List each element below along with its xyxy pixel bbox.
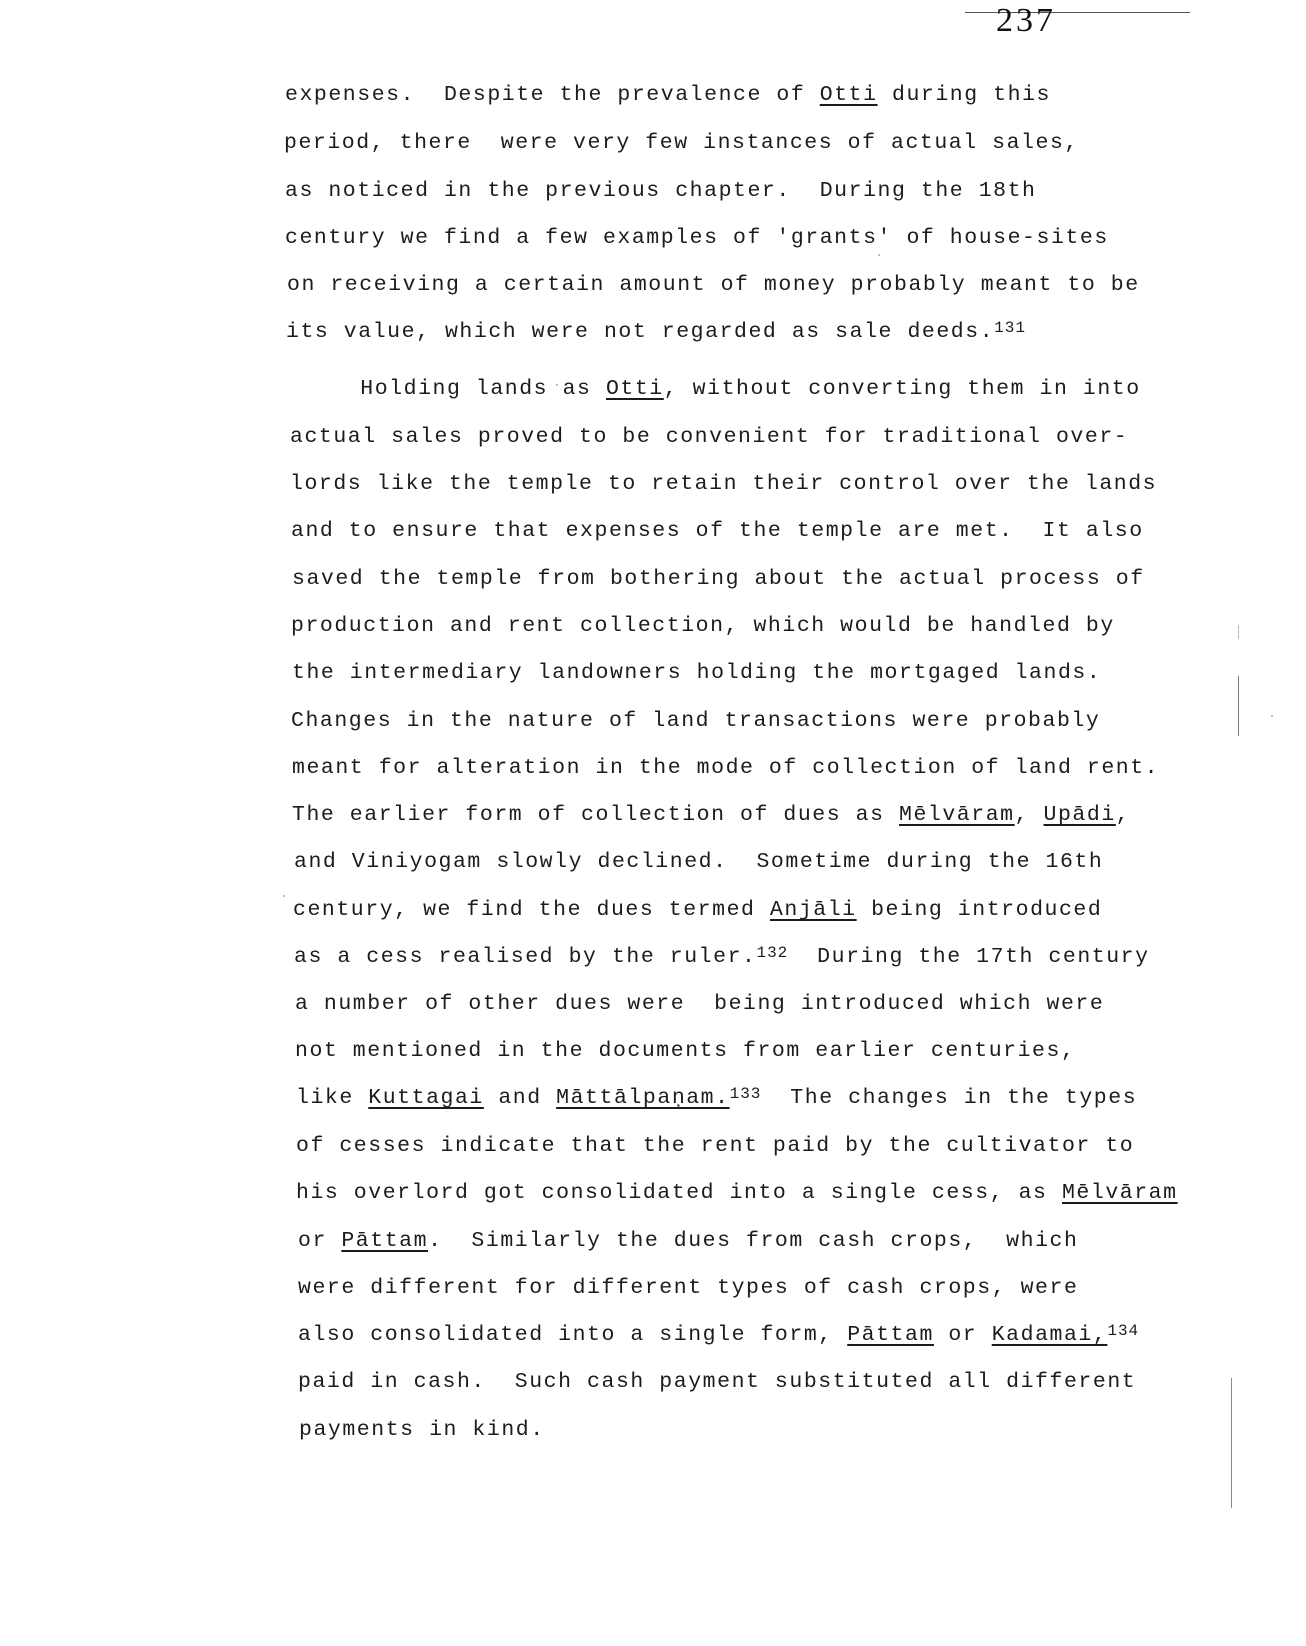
text-run: and to ensure that expenses of the templ… (291, 519, 1144, 543)
margin-scan-mark (1238, 625, 1239, 639)
underlined-term: Upādi (1044, 803, 1116, 827)
text-run: of cesses indicate that the rent paid by… (296, 1134, 1134, 1158)
underlined-term: Otti (606, 377, 664, 401)
text-line: of cesses indicate that the rent paid by… (296, 1133, 1134, 1159)
text-run: his overlord got consolidated into a sin… (296, 1181, 1062, 1205)
text-run: , (1116, 803, 1130, 827)
underlined-term: Māttālpaṇam. (556, 1086, 729, 1110)
text-run: payments in kind. (299, 1418, 545, 1442)
underlined-term: Mēlvāram (1062, 1181, 1178, 1205)
text-run: expenses. Despite the prevalence of (285, 83, 820, 107)
text-line: also consolidated into a single form, Pā… (298, 1322, 1139, 1348)
text-run: actual sales proved to be convenient for… (290, 425, 1128, 449)
underlined-term: Anjāli (770, 898, 857, 922)
text-run: were different for different types of ca… (298, 1276, 1078, 1300)
text-run: and Viniyogam slowly declined. Sometime … (294, 850, 1103, 874)
text-line: expenses. Despite the prevalence of Otti… (285, 82, 1051, 108)
text-run: like (296, 1086, 368, 1110)
text-run: being introduced (857, 898, 1103, 922)
text-line: were different for different types of ca… (298, 1275, 1078, 1301)
text-line: meant for alteration in the mode of coll… (292, 755, 1159, 781)
text-run: The earlier form of collection of dues a… (292, 803, 899, 827)
text-line: or Pāttam. Similarly the dues from cash … (298, 1228, 1078, 1254)
text-run: on receiving a certain amount of money p… (287, 273, 1140, 297)
text-run: or (298, 1229, 341, 1253)
text-line: on receiving a certain amount of money p… (287, 272, 1140, 298)
text-run: paid in cash. Such cash payment substitu… (298, 1370, 1136, 1394)
underlined-term: Kadamai, (992, 1323, 1108, 1347)
scan-speck (1271, 715, 1273, 717)
text-run: as noticed in the previous chapter. Duri… (285, 179, 1037, 203)
text-run: century, we find the dues termed (293, 898, 770, 922)
text-line: and to ensure that expenses of the templ… (291, 518, 1144, 544)
text-line: saved the temple from bothering about th… (292, 566, 1145, 592)
text-line: century, we find the dues termed Anjāli … (293, 897, 1102, 923)
underlined-term: Otti (820, 83, 878, 107)
margin-scan-mark (1238, 676, 1239, 736)
underlined-term: Pāttam (847, 1323, 934, 1347)
text-run: Changes in the nature of land transactio… (291, 709, 1100, 733)
text-line: as noticed in the previous chapter. Duri… (285, 178, 1037, 204)
scan-speck (283, 895, 285, 897)
text-run: meant for alteration in the mode of coll… (292, 756, 1159, 780)
text-line: Changes in the nature of land transactio… (291, 708, 1100, 734)
footnote-ref: 133 (730, 1085, 762, 1103)
text-line: as a cess realised by the ruler.132 Duri… (294, 944, 1150, 970)
text-run: not mentioned in the documents from earl… (295, 1039, 1075, 1063)
text-run: period, there were very few instances of… (284, 131, 1079, 155)
text-line: not mentioned in the documents from earl… (295, 1038, 1075, 1064)
text-run: production and rent collection, which wo… (291, 614, 1115, 638)
text-line: actual sales proved to be convenient for… (290, 424, 1128, 450)
text-run: century we find a few examples of 'grant… (285, 226, 1109, 250)
text-line: Holding lands as Otti, without convertin… (288, 376, 1141, 402)
text-run: , (1015, 803, 1044, 827)
text-run: During the 17th century (788, 945, 1149, 969)
text-line: his overlord got consolidated into a sin… (296, 1180, 1178, 1206)
text-line: paid in cash. Such cash payment substitu… (298, 1369, 1136, 1395)
text-run: The changes in the types (761, 1086, 1137, 1110)
text-line: and Viniyogam slowly declined. Sometime … (294, 849, 1103, 875)
footnote-ref: 131 (994, 319, 1026, 337)
underlined-term: Mēlvāram (899, 803, 1015, 827)
underlined-term: Pāttam (341, 1229, 428, 1253)
text-run: , without converting them in into (664, 377, 1141, 401)
text-run: a number of other dues were being introd… (295, 992, 1104, 1016)
text-run: . Similarly the dues from cash crops, wh… (428, 1229, 1078, 1253)
text-run: the intermediary landowners holding the … (292, 661, 1101, 685)
text-line: the intermediary landowners holding the … (292, 660, 1101, 686)
text-run: and (484, 1086, 556, 1110)
text-line: payments in kind. (299, 1417, 545, 1443)
footnote-ref: 132 (756, 944, 788, 962)
text-line: lords like the temple to retain their co… (290, 471, 1157, 497)
text-run: as a cess realised by the ruler. (294, 945, 756, 969)
text-line: its value, which were not regarded as sa… (286, 319, 1026, 345)
text-run: during this (878, 83, 1051, 107)
scan-speck (878, 254, 880, 256)
text-run: Holding lands as (288, 377, 606, 401)
text-line: like Kuttagai and Māttālpaṇam.133 The ch… (296, 1085, 1137, 1111)
page-number: 237 (996, 4, 1056, 38)
text-run: also consolidated into a single form, (298, 1323, 847, 1347)
text-run: or (934, 1323, 992, 1347)
text-line: a number of other dues were being introd… (295, 991, 1104, 1017)
text-run: lords like the temple to retain their co… (290, 472, 1157, 496)
margin-scan-mark (1231, 1378, 1232, 1508)
text-run: saved the temple from bothering about th… (292, 567, 1145, 591)
scan-speck (556, 384, 558, 386)
text-run: its value, which were not regarded as sa… (286, 320, 994, 344)
text-line: production and rent collection, which wo… (291, 613, 1115, 639)
text-line: The earlier form of collection of dues a… (292, 802, 1130, 828)
footnote-ref: 134 (1107, 1322, 1139, 1340)
text-line: period, there were very few instances of… (284, 130, 1079, 156)
text-line: century we find a few examples of 'grant… (285, 225, 1109, 251)
underlined-term: Kuttagai (368, 1086, 484, 1110)
